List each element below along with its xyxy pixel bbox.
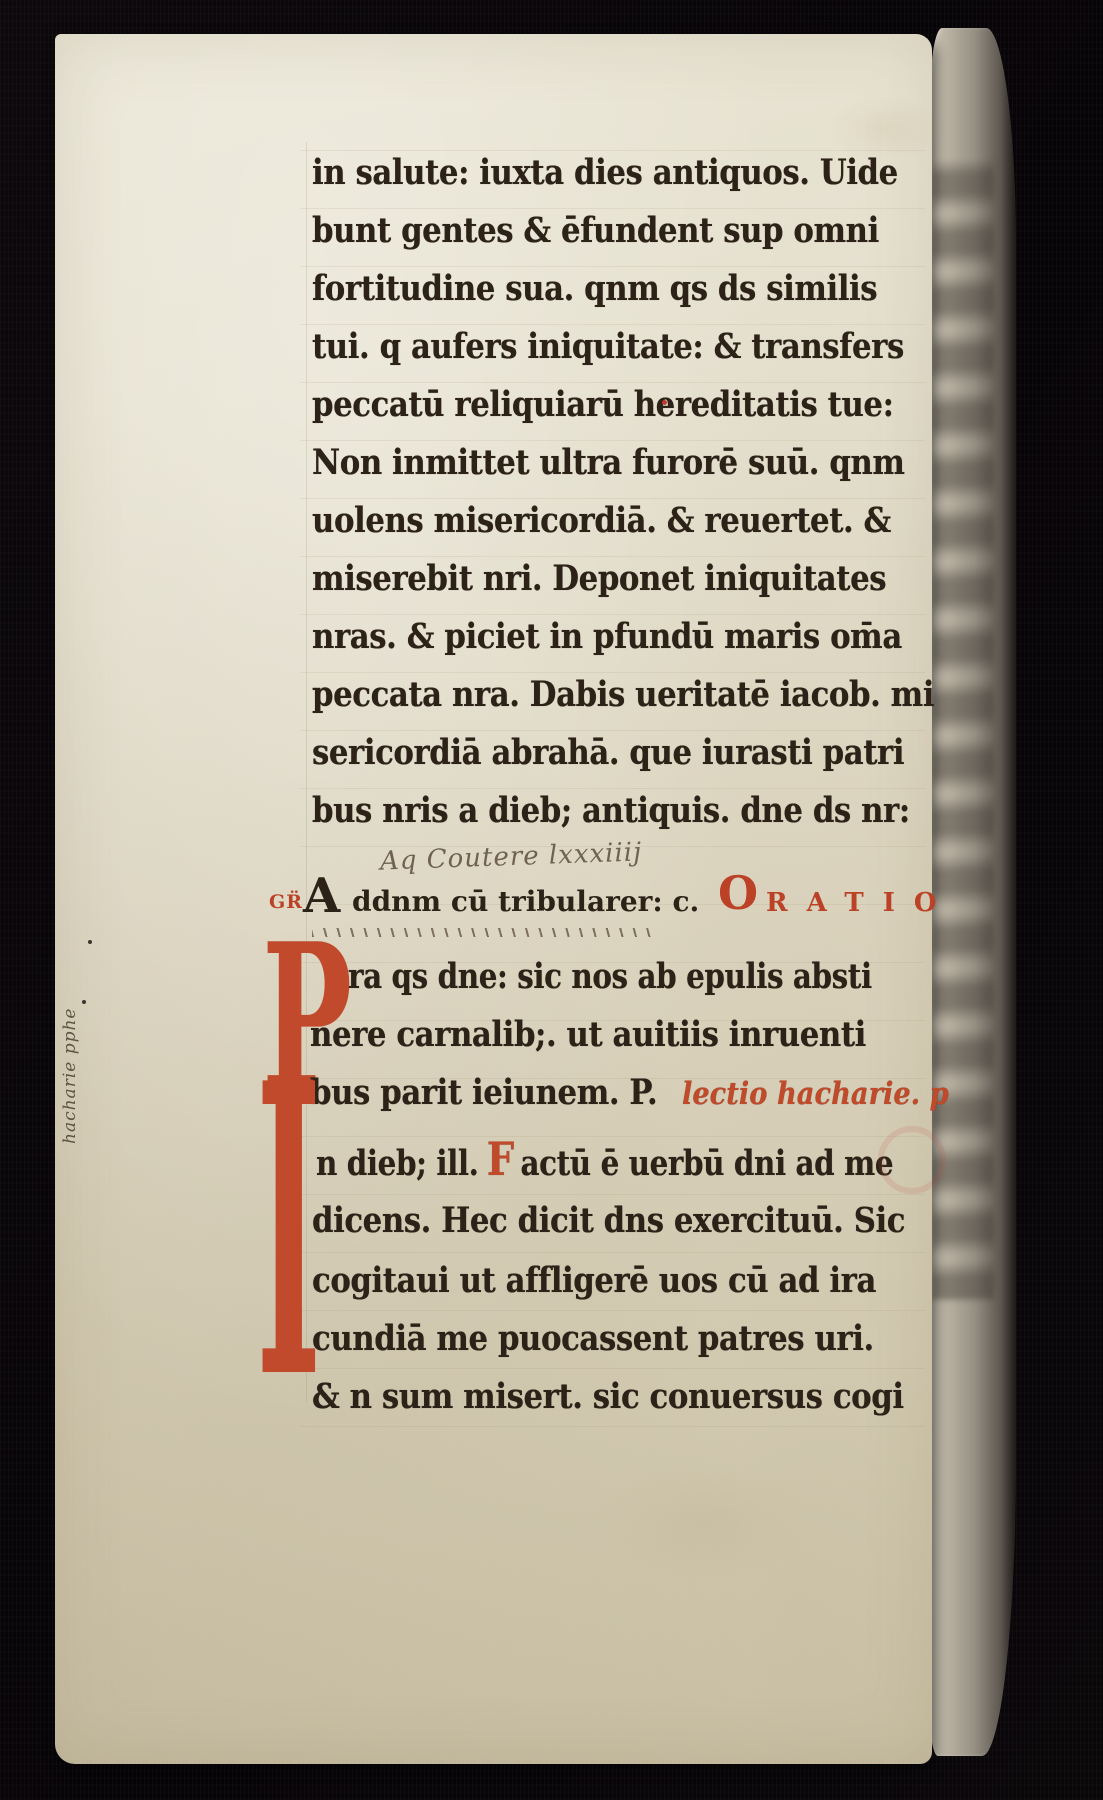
red-ink-dot — [662, 400, 667, 405]
blurred-underpage-text — [932, 160, 994, 1300]
lesson-line: cogitaui ut affligerē uos cū ad ira — [312, 1256, 876, 1314]
text-line: tui. q aufers iniquitate: & transfers — [312, 322, 904, 380]
lesson-line-rest: actū ē uerbū dni ad me — [521, 1143, 894, 1184]
text-line: nras. & piciet in pfundū maris om̄a — [312, 612, 902, 670]
text-line: Non inmittet ultra furorē suū. qnm — [312, 438, 905, 496]
dotted-guide-marks — [312, 928, 652, 937]
antiphon-incipit: ddnm cū tribularer: c. — [352, 884, 699, 920]
text-line: bunt gentes & ēfundent sup omni — [312, 206, 879, 264]
text-line: miserebit nri. Deponet iniquitates — [312, 554, 886, 612]
pricking-dot — [88, 940, 92, 944]
lesson-line: & n sum misert. sic conuersus cogi — [312, 1372, 904, 1430]
text-line: peccatū reliquiarū hereditatis tue: — [312, 380, 894, 438]
margin-note-vertical: hacharie pphe — [60, 1008, 80, 1145]
text-line: fortitudine sua. qnm qs ds similis — [312, 264, 877, 322]
lesson-line: n dieb; ill.Factū ē uerbū dni ad me — [316, 1136, 893, 1194]
text-line: in salute: iuxta dies antiquos. Uide — [312, 148, 898, 206]
text-line: sericordiā abrahā. que iurasti patri — [312, 728, 904, 786]
text-line: bus nris a dieb; antiquis. dne ds nr: — [312, 786, 910, 844]
lesson-rubric: lectio hacharie. p — [682, 1076, 949, 1112]
versal-F: F — [478, 1132, 520, 1186]
oratio-heading-letters: RATIO — [766, 888, 956, 918]
red-bleed-through-ring — [878, 1126, 946, 1194]
lesson-line: cundiā me puocassent patres uri. — [312, 1314, 874, 1372]
lesson-line-pre: n dieb; ill. — [316, 1143, 478, 1184]
parchment-stain — [595, 1464, 815, 1584]
pricking-dot — [82, 1000, 86, 1004]
text-line: peccata nra. Dabis ueritatē iacob. mi — [312, 670, 934, 728]
text-line: uolens misericordiā. & reuertet. & — [312, 496, 891, 554]
prayer-line: bus parit ieiunem. P.lectio hacharie. p — [310, 1068, 949, 1126]
prayer-line: ra qs dne: sic nos ab epulis absti — [348, 952, 872, 1010]
prayer-line-text: bus parit ieiunem. P. — [310, 1072, 657, 1113]
lesson-line: dicens. Hec dicit dns exercituū. Sic — [312, 1196, 905, 1254]
prayer-line: nere carnalib;. ut auitiis inruenti — [310, 1010, 866, 1068]
oratio-heading-initial: O — [718, 870, 758, 916]
